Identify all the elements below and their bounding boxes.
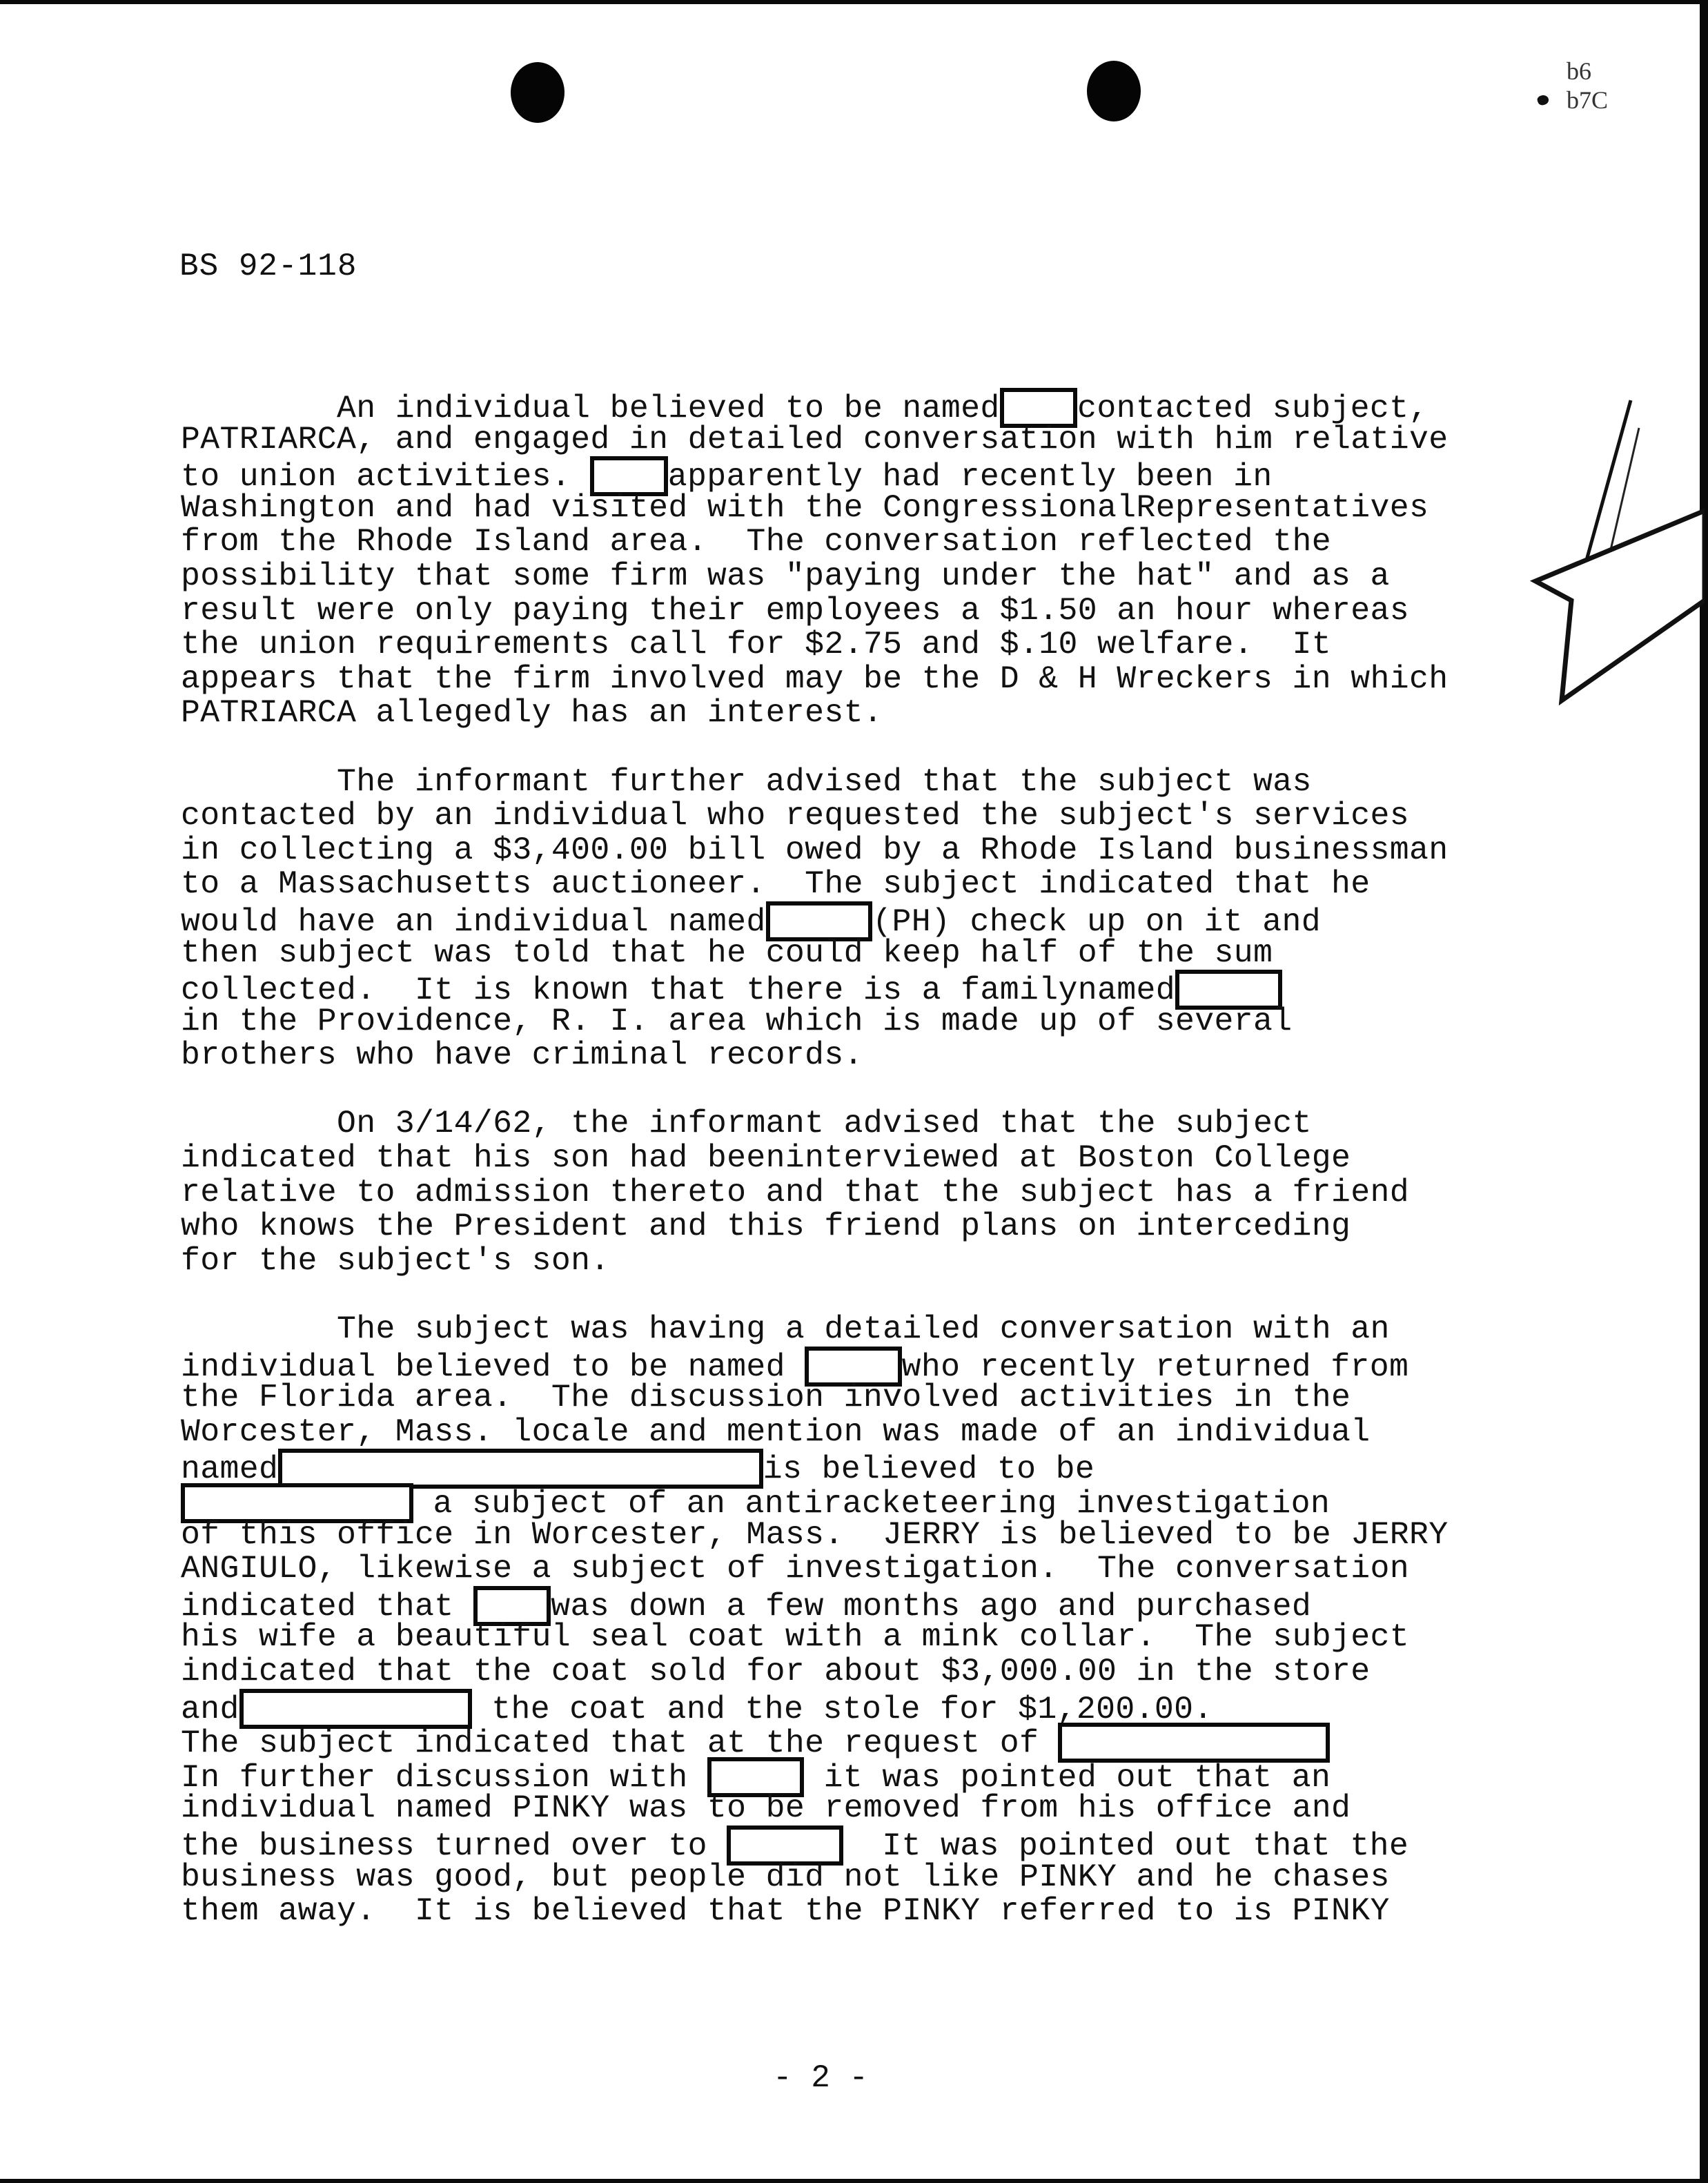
paragraph-p3: On 3/14/62, the informant advised that t… <box>181 1106 1575 1278</box>
text-line: ANGIULO, likewise a subject of investiga… <box>181 1551 1575 1586</box>
text-run: appears that the firm involved may be th… <box>181 660 1449 697</box>
text-line: possibility that some firm was "paying u… <box>181 559 1575 594</box>
text-run: The subject was having a detailed conver… <box>181 1311 1390 1347</box>
text-line: business was good, but people did not li… <box>181 1860 1575 1895</box>
text-run: in collecting a $3,400.00 bill owed by a… <box>181 832 1449 868</box>
text-run: in the Providence, R. I. area which is m… <box>181 1003 1293 1039</box>
text-line: a subject of an antiracketeering investi… <box>181 1483 1575 1518</box>
text-run: is believed to be <box>763 1451 1095 1487</box>
text-run: The subject indicated that at the reques… <box>181 1725 1058 1761</box>
text-line: in collecting a $3,400.00 bill owed by a… <box>181 833 1575 868</box>
text-line: contacted by an individual who requested… <box>181 799 1575 833</box>
exemption-code-b7c: b7C <box>1567 86 1608 115</box>
text-run: Washington and had visited with the Cong… <box>181 489 1429 526</box>
text-run: then subject was told that he could keep… <box>181 934 1273 971</box>
text-line: would have an individual named(PH) check… <box>181 901 1575 936</box>
text-line: The subject indicated that at the reques… <box>181 1723 1575 1757</box>
text-line: indicated that was down a few months ago… <box>181 1586 1575 1621</box>
text-line: indicated that his son had beeninterview… <box>181 1141 1575 1175</box>
text-line: PATRIARCA allegedly has an interest. <box>181 696 1575 730</box>
text-line: the business turned over to It was point… <box>181 1825 1575 1860</box>
punch-hole-left <box>511 62 565 123</box>
text-line: Washington and had visited with the Cong… <box>181 491 1575 525</box>
text-run: brothers who have criminal records. <box>181 1037 863 1073</box>
text-line: On 3/14/62, the informant advised that t… <box>181 1106 1575 1141</box>
text-run: result were only paying their employees … <box>181 592 1409 629</box>
text-run: the Florida area. The discussion involve… <box>181 1379 1351 1416</box>
text-line: collected. It is known that there is a f… <box>181 970 1575 1004</box>
text-line: indicated that the coat sold for about $… <box>181 1654 1575 1689</box>
text-run: PATRIARCA allegedly has an interest. <box>181 694 883 731</box>
paragraph-gap <box>181 730 1575 765</box>
text-run: who knows the President and this friend … <box>181 1208 1351 1244</box>
text-run: for the subject's son. <box>181 1242 610 1279</box>
text-line: of this office in Worcester, Mass. JERRY… <box>181 1518 1575 1552</box>
text-run: the union requirements call for $2.75 an… <box>181 626 1331 663</box>
text-run: On 3/14/62, the informant advised that t… <box>181 1105 1312 1142</box>
text-run: and <box>181 1691 239 1727</box>
text-run: named <box>181 1451 278 1487</box>
text-line: from the Rhode Island area. The conversa… <box>181 525 1575 559</box>
text-line: namedis believed to be <box>181 1449 1575 1483</box>
text-run: individual named PINKY was to be removed… <box>181 1790 1351 1826</box>
text-line: his wife a beautiful seal coat with a mi… <box>181 1620 1575 1654</box>
text-line: brothers who have criminal records. <box>181 1038 1575 1073</box>
text-line: An individual believed to be namedcontac… <box>181 388 1575 422</box>
text-run: business was good, but people did not li… <box>181 1859 1390 1895</box>
text-line: individual named PINKY was to be removed… <box>181 1791 1575 1825</box>
text-line: result were only paying their employees … <box>181 594 1575 628</box>
text-line: individual believed to be named who rece… <box>181 1347 1575 1381</box>
text-line: then subject was told that he could keep… <box>181 936 1575 970</box>
text-run: his wife a beautiful seal coat with a mi… <box>181 1618 1409 1655</box>
text-line: The informant further advised that the s… <box>181 765 1575 799</box>
stray-mark <box>1536 94 1550 107</box>
text-line: relative to admission thereto and that t… <box>181 1175 1575 1210</box>
scan-border-top <box>0 0 1708 4</box>
paragraph-p2: The informant further advised that the s… <box>181 765 1575 1073</box>
text-run: indicated that the coat sold for about $… <box>181 1653 1371 1690</box>
text-line: for the subject's son. <box>181 1244 1575 1278</box>
text-line: In further discussion with it was pointe… <box>181 1757 1575 1792</box>
punch-hole-right <box>1087 61 1141 121</box>
text-line: who knows the President and this friend … <box>181 1209 1575 1244</box>
scan-border-bottom <box>0 2179 1708 2183</box>
text-run: relative to admission thereto and that t… <box>181 1174 1409 1211</box>
text-run: them away. It is believed that the PINKY… <box>181 1892 1390 1929</box>
text-line: and the coat and the stole for $1,200.00… <box>181 1689 1575 1723</box>
text-run: ANGIULO, likewise a subject of investiga… <box>181 1550 1409 1587</box>
paragraph-p4: The subject was having a detailed conver… <box>181 1312 1575 1928</box>
text-line: to a Massachusetts auctioneer. The subje… <box>181 867 1575 901</box>
paragraph-p1: An individual believed to be namedcontac… <box>181 388 1575 730</box>
text-run: of this office in Worcester, Mass. JERRY… <box>181 1516 1449 1553</box>
memo-body: An individual believed to be namedcontac… <box>181 388 1575 1928</box>
text-line: them away. It is believed that the PINKY… <box>181 1894 1575 1928</box>
text-line: appears that the firm involved may be th… <box>181 662 1575 696</box>
text-run: Worcester, Mass. locale and mention was … <box>181 1413 1371 1450</box>
text-run: the coat and the stole for $1,200.00. <box>472 1691 1213 1727</box>
scan-border-right <box>1700 0 1708 2183</box>
paragraph-gap <box>181 1278 1575 1312</box>
page-number: - 2 - <box>773 2060 868 2096</box>
text-line: to union activities. apparently had rece… <box>181 456 1575 491</box>
text-line: the union requirements call for $2.75 an… <box>181 627 1575 662</box>
text-line: PATRIARCA, and engaged in detailed conve… <box>181 422 1575 457</box>
text-run: The informant further advised that the s… <box>181 763 1312 800</box>
text-run: contacted by an individual who requested… <box>181 797 1409 834</box>
text-line: in the Providence, R. I. area which is m… <box>181 1004 1575 1039</box>
text-run: indicated that his son had beeninterview… <box>181 1139 1351 1176</box>
text-run: possibility that some firm was "paying u… <box>181 558 1390 594</box>
file-number: BS 92-118 <box>179 248 357 284</box>
paragraph-gap <box>181 1073 1575 1107</box>
text-line: The subject was having a detailed conver… <box>181 1312 1575 1347</box>
text-run: PATRIARCA, and engaged in detailed conve… <box>181 421 1449 458</box>
text-line: Worcester, Mass. locale and mention was … <box>181 1415 1575 1449</box>
text-run: from the Rhode Island area. The conversa… <box>181 523 1331 560</box>
text-line: the Florida area. The discussion involve… <box>181 1380 1575 1415</box>
text-run: to a Massachusetts auctioneer. The subje… <box>181 865 1371 902</box>
exemption-code-b6: b6 <box>1567 57 1591 86</box>
